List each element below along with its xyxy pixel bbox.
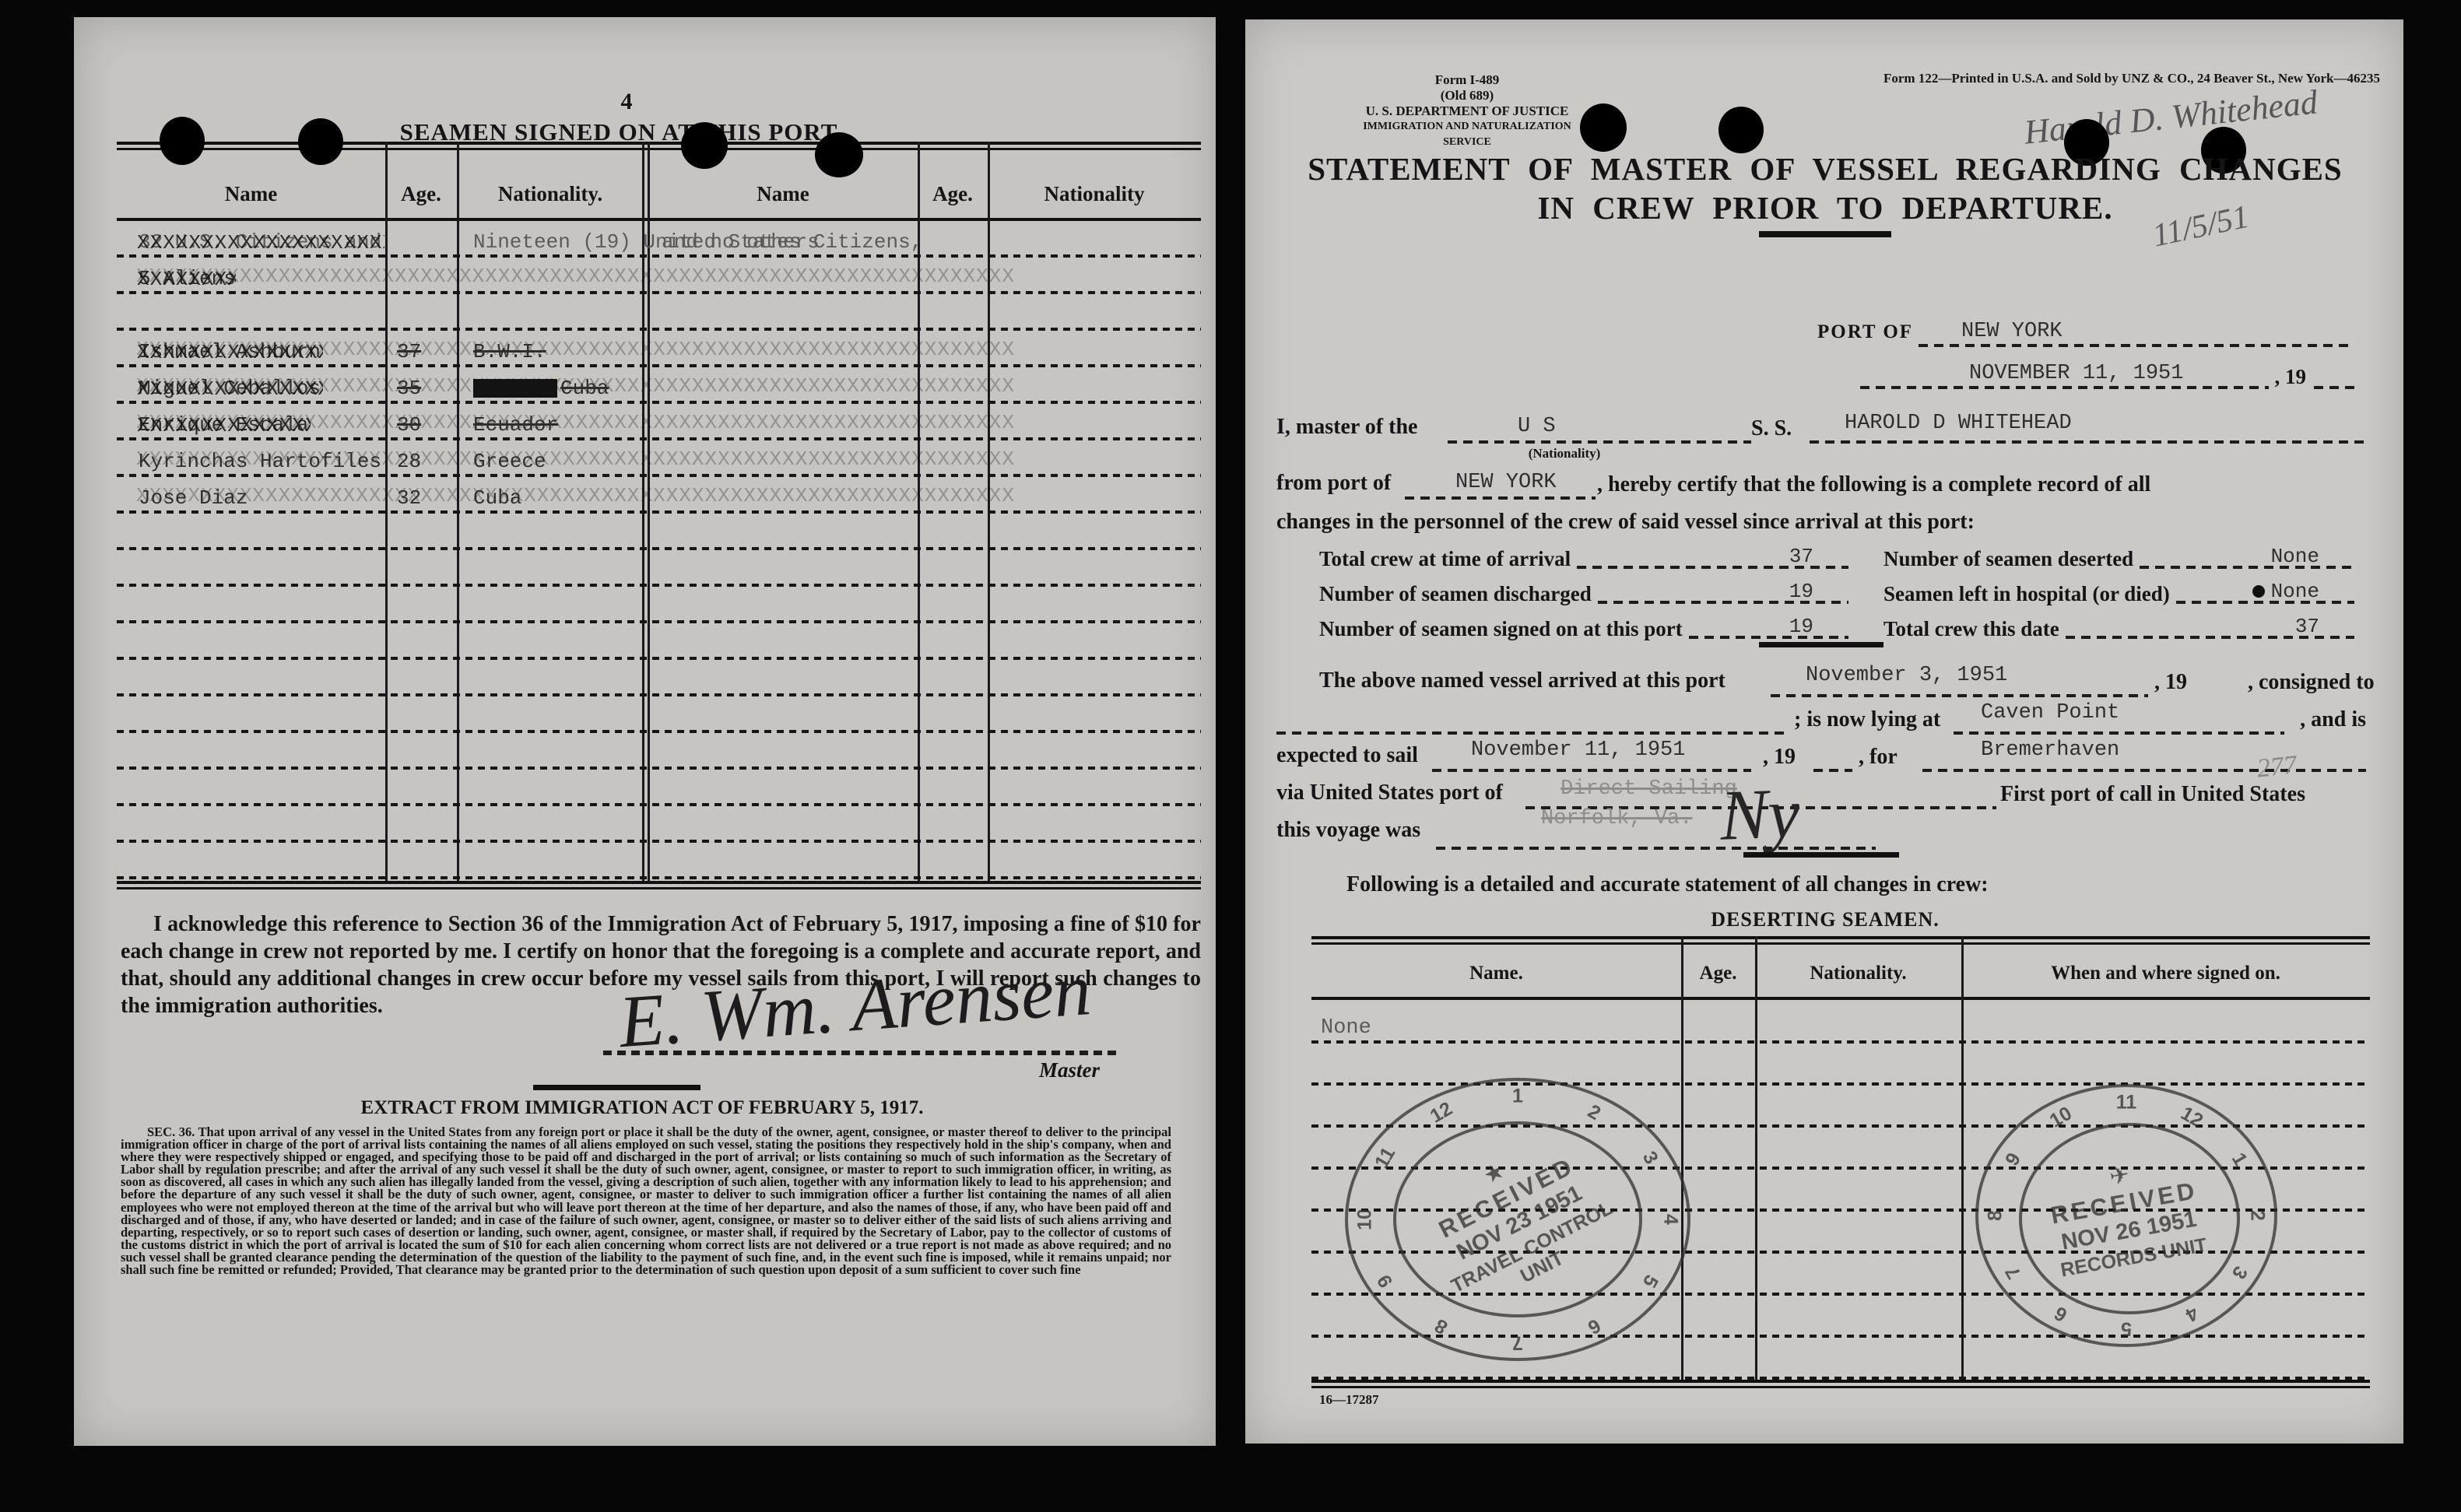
port-of-field: PORT OF NEW YORK [1817, 321, 2354, 349]
seamen-signed-on-table: 32 U.S. Citizens andNineteen (19) United… [117, 221, 1201, 879]
seaman-age: 35 [397, 377, 421, 400]
col-header-name2: Name [648, 182, 918, 206]
stat-value: 37 [1789, 545, 1813, 568]
table-row [117, 514, 1201, 550]
seaman-age: 37 [397, 340, 421, 363]
deserting-table-top-rule [1311, 936, 2370, 945]
seaman-name: Ishmael Ashburn [139, 340, 321, 363]
lying-value: Caven Point [1981, 701, 2119, 724]
stamp-clock-number: 10 [1354, 1209, 1377, 1230]
seaman-name: 32 U.S. Citizens and [139, 230, 381, 254]
seaman-nationality: B.W.I. [473, 340, 546, 363]
col-header-nationality: Nationality. [457, 182, 644, 206]
stat-row: Number of seamen desertedNone [1883, 547, 2354, 571]
voyage-line: this voyage was Norfolk, Va. Ny [1276, 818, 2366, 852]
stamp-clock-number: 1 [1512, 1086, 1523, 1108]
margin-note-277: 277 [2256, 750, 2298, 784]
punch-hole-icon [298, 118, 343, 165]
deserting-table-bottom-rule [1311, 1380, 2370, 1388]
table-bottom-rule [117, 881, 1201, 889]
punch-hole-icon [1718, 107, 1764, 153]
extract-heading: EXTRACT FROM IMMIGRATION ACT OF FEBRUARY… [152, 1097, 1132, 1119]
table-row [117, 623, 1201, 660]
arrived-label: The above named vessel arrived at this p… [1319, 668, 1726, 693]
seaman-name: Jose Diaz [139, 486, 248, 510]
stat-label: Seamen left in hospital (or died) [1883, 582, 2170, 606]
table-row: 5 Aliens [117, 258, 1201, 294]
stat-row: Number of seamen signed on at this port1… [1319, 617, 1848, 641]
nationality-caption: (Nationality) [1479, 446, 1650, 461]
table-row [117, 806, 1201, 843]
deserting-header-underline [1311, 997, 2370, 1000]
seaman-nationality: Nineteen (19) United States Citizens, [473, 230, 922, 254]
form-id-block: Form I-489 (Old 689) U. S. DEPARTMENT OF… [1339, 72, 1596, 150]
form-number: Form I-489 [1339, 72, 1596, 88]
section-rule [1759, 642, 1883, 647]
d-col-name: Name. [1311, 963, 1681, 984]
voyage-label: this voyage was [1276, 818, 1420, 842]
seaman-nationality: Cuba [473, 377, 609, 400]
seaman-name: 5 Aliens [139, 267, 236, 290]
stamp-clock-number: 5 [2121, 1317, 2132, 1340]
page-number: 4 [541, 89, 712, 115]
stamp-clock-number: 7 [1512, 1331, 1523, 1354]
deserter-name: None [1321, 1016, 1371, 1040]
stat-row: Number of seamen discharged19 [1319, 582, 1848, 606]
stat-value: 19 [1789, 580, 1813, 603]
seaman-age: 32 [397, 486, 421, 510]
col-header-nationality2: Nationality [988, 182, 1201, 206]
scanned-document: 4 SEAMEN SIGNED ON AT THIS PORT Name Age… [0, 0, 2461, 1512]
stat-row: Total crew at time of arrival37 [1319, 547, 1848, 571]
table-row [117, 733, 1201, 770]
from-port-label: from port of [1276, 471, 1391, 495]
department-line: U. S. DEPARTMENT OF JUSTICE [1339, 103, 1596, 119]
stat-value: None [2252, 580, 2319, 603]
table-row [117, 660, 1201, 696]
ink-dot-icon [2252, 585, 2265, 598]
table-row [117, 587, 1201, 623]
following-statement: Following is a detailed and accurate sta… [1346, 872, 1989, 897]
stamp-clock-number: 8 [1985, 1210, 2007, 1221]
section-rule-2 [1743, 852, 1899, 858]
table-row [117, 843, 1201, 879]
stamp-glyph-icon: ✈ [2108, 1160, 2132, 1191]
stat-value: 19 [1789, 615, 1813, 638]
year-suffix: , 19 [2275, 365, 2307, 389]
stat-label: Total crew at time of arrival [1319, 547, 1571, 571]
col-header-age2: Age. [918, 182, 988, 206]
arrived-year-suffix: , 19 [2154, 670, 2187, 695]
certify-text-2: changes in the personnel of the crew of … [1276, 510, 1975, 535]
stat-label: Number of seamen signed on at this port [1319, 617, 1683, 641]
table-top-rule [117, 142, 1201, 150]
stamp-clock-number: 4 [1659, 1214, 1682, 1225]
d-col-age: Age. [1681, 963, 1755, 984]
records-unit-received-stamp: ✈ RECEIVED NOV 26 1951 RECORDS UNIT 1112… [1975, 1084, 2277, 1347]
seaman-nationality: Cuba [473, 486, 521, 510]
sail-line: expected to sail November 11, 1951 , 19 … [1276, 743, 2366, 774]
consigned-label: , consigned to [2248, 670, 2375, 695]
via-line: via United States port of Direct Sailing… [1276, 781, 2366, 812]
table-row [117, 696, 1201, 733]
seaman-name: Miguel Ceballos [139, 377, 321, 400]
handwritten-ny: Ny [1718, 771, 1801, 857]
overstrike-blot [473, 379, 557, 398]
certify-text-1: , hereby certify that the following is a… [1597, 472, 2150, 497]
stat-value: None [2271, 545, 2319, 568]
arrived-value: November 3, 1951 [1806, 664, 2007, 687]
ss-label: S. S. [1751, 416, 1792, 441]
date-field: NOVEMBER 11, 1951 , 19 [1860, 363, 2354, 391]
table-row [117, 294, 1201, 331]
first-port-label: First port of call in United States [2000, 782, 2305, 807]
seaman-age: 28 [397, 450, 421, 473]
stat-label: Total crew this date [1883, 617, 2059, 641]
punch-hole-icon [815, 132, 863, 177]
deserting-seamen-heading: DESERTING SEAMEN. [1269, 908, 2382, 931]
seaman-name: Enrique Escala [139, 413, 308, 437]
stat-label: Number of seamen discharged [1319, 582, 1592, 606]
port-of-label: PORT OF [1817, 321, 1913, 342]
seaman-nationality: Ecuador [473, 413, 558, 437]
form-footer-number: 16—17287 [1319, 1392, 1379, 1408]
stat-value: 37 [2295, 615, 2319, 638]
seaman-name: Kyrinchas Hartofiles [139, 450, 381, 473]
table-row [117, 550, 1201, 587]
right-page: Form I-489 (Old 689) U. S. DEPARTMENT OF… [1245, 19, 2403, 1444]
table-row: 32 U.S. Citizens andNineteen (19) United… [117, 221, 1201, 258]
arrived-line: The above named vessel arrived at this p… [1276, 668, 2366, 700]
form-title-line1: STATEMENT OF MASTER OF VESSEL REGARDING … [1269, 150, 2382, 188]
signature-line [603, 1051, 1117, 1055]
lying-label: ; is now lying at [1794, 707, 1940, 732]
punch-hole-icon [1580, 103, 1627, 152]
stat-label: Number of seamen deserted [1883, 547, 2133, 571]
extract-rule [533, 1085, 700, 1090]
vessel-nationality-value: U S [1518, 415, 1556, 438]
form-number-old: (Old 689) [1339, 88, 1596, 103]
stat-row: Total crew this date37 [1883, 617, 2354, 641]
seaman-age: 30 [397, 413, 421, 437]
left-page: 4 SEAMEN SIGNED ON AT THIS PORT Name Age… [74, 17, 1216, 1446]
table-row: Jose Diaz32Cuba [117, 477, 1201, 514]
table-row: Enrique Escala30Ecuador [117, 404, 1201, 440]
d-col-nationality: Nationality. [1755, 963, 1961, 984]
from-port-line: from port of NEW YORK , hereby certify t… [1276, 471, 2366, 502]
for-label: , for [1859, 745, 1898, 770]
title-underline [1759, 231, 1891, 237]
date-value: NOVEMBER 11, 1951 [1969, 362, 2183, 385]
col-header-age: Age. [385, 182, 457, 206]
master-line-label: I, master of the [1276, 415, 1417, 439]
table-row: Kyrinchas Hartofiles28Greece [117, 440, 1201, 477]
table-row: Miguel Ceballos35Cuba [117, 367, 1201, 404]
and-is-label: , and is [2300, 707, 2366, 732]
stat-row: Seamen left in hospital (or died)None [1883, 582, 2354, 606]
lying-line: ; is now lying at Caven Point , and is [1276, 706, 2366, 737]
seaman-nationality: Greece [473, 450, 546, 473]
punch-hole-icon [681, 122, 728, 169]
vessel-name-value: HAROLD D WHITEHEAD [1845, 412, 2072, 435]
table-row: Ishmael Ashburn37B.W.I. [117, 331, 1201, 367]
col-header-name: Name [117, 182, 385, 206]
stamp-clock-number: 2 [2246, 1210, 2269, 1221]
sec36-extract-text: SEC. 36. That upon arrival of any vessel… [121, 1126, 1171, 1276]
sail-value: November 11, 1951 [1471, 738, 1685, 762]
stamp-clock-number: 11 [2116, 1092, 2136, 1114]
service-line: IMMIGRATION AND NATURALIZATION SERVICE [1339, 119, 1596, 150]
port-of-value: NEW YORK [1961, 320, 2063, 343]
travel-control-received-stamp: ★ RECEIVED NOV 23 1951 TRAVEL CONTROL UN… [1345, 1078, 1690, 1361]
table-row [117, 770, 1201, 806]
via-value-struck: Direct Sailing [1561, 777, 1737, 801]
d-col-signed-on: When and where signed on. [1961, 963, 2370, 984]
sail-year-for: , 19 [1763, 745, 1796, 770]
master-line: I, master of the U S S. S. HAROLD D WHIT… [1276, 415, 2366, 446]
master-label: Master [1039, 1058, 1100, 1082]
voyage-struck-value: Norfolk, Va. [1541, 807, 1692, 830]
table-row: None [1311, 1002, 2370, 1044]
via-label: via United States port of [1276, 781, 1503, 805]
from-port-value: NEW YORK [1455, 471, 1557, 494]
destination-value: Bremerhaven [1981, 738, 2119, 762]
punch-hole-icon [160, 117, 205, 165]
sail-label: expected to sail [1276, 743, 1418, 767]
